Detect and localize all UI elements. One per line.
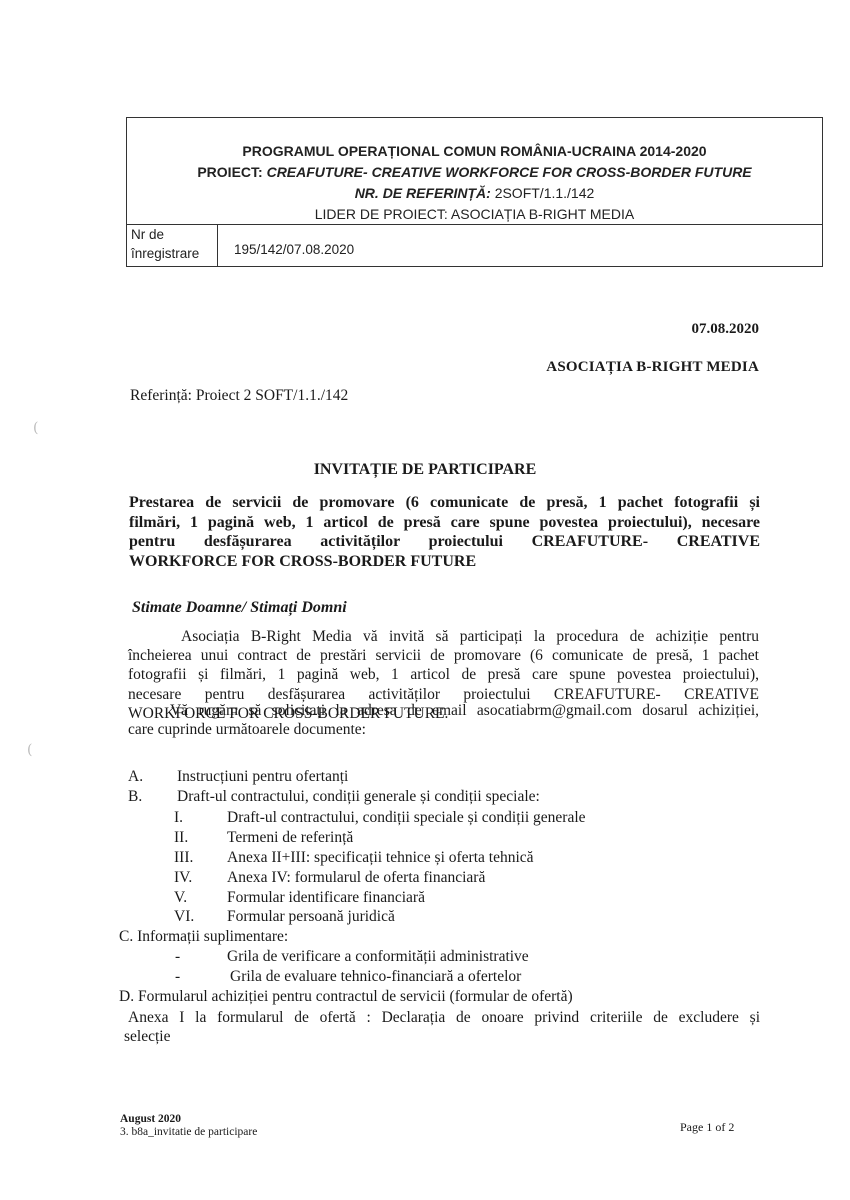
list-text: Formular identificare financiară [227, 888, 425, 907]
margin-mark: ( [33, 420, 38, 436]
paragraph-line: fotografii și filmări, 1 pagină web, 1 a… [128, 665, 759, 684]
annex-text: selecție [124, 1027, 760, 1046]
list-text: Termeni de referință [227, 828, 353, 847]
project-leader: LIDER DE PROIECT: ASOCIAȚIA B-RIGHT MEDI… [127, 205, 822, 223]
footer-left: August 2020 3. b8a_invitatie de particip… [120, 1113, 257, 1139]
reference-line: Referință: Proiect 2 SOFT/1.1./142 [130, 387, 348, 405]
list-label: V. [174, 888, 187, 907]
paragraph-line: încheierea unui contract de prestări ser… [128, 646, 759, 665]
list-label: B. [128, 787, 142, 806]
page-number: Page 1 of 2 [680, 1120, 734, 1135]
registration-number: 195/142/07.08.2020 [234, 242, 354, 257]
project-name: CREAFUTURE- CREATIVE WORKFORCE FOR CROSS… [267, 164, 752, 180]
subject-block: Prestarea de servicii de promovare (6 co… [129, 493, 760, 571]
subject-line: filmări, 1 pagină web, 1 articol de pres… [129, 513, 760, 533]
reference-number-line: NR. DE REFERINȚĂ: 2SOFT/1.1./142 [127, 184, 822, 202]
list-text: Anexa IV: formularul de oferta financiar… [227, 868, 485, 887]
registration-label-line2: înregistrare [131, 244, 217, 263]
subject-line: WORKFORCE FOR CROSS-BORDER FUTURE [129, 552, 760, 572]
footer-filename: 3. b8a_invitatie de participare [120, 1126, 257, 1139]
paragraph-line: Vă rugăm să solicitați la adresa de emai… [128, 701, 759, 720]
annex-line: Anexa I la formularul de ofertă : Declar… [124, 1008, 760, 1046]
list-text: Instrucțiuni pentru ofertanți [177, 767, 348, 786]
registration-label: Nr de înregistrare [127, 225, 218, 266]
list-label: VI. [174, 907, 194, 926]
list-label: IV. [174, 868, 192, 887]
reference-number: 2SOFT/1.1./142 [495, 185, 595, 201]
project-header-top: PROGRAMUL OPERAȚIONAL COMUN ROMÂNIA-UCRA… [127, 118, 822, 225]
list-text: Grila de verificare a conformității admi… [227, 947, 529, 966]
subject-line: pentru desfășurarea activităților proiec… [129, 532, 760, 552]
registration-row: Nr de înregistrare 195/142/07.08.2020 [127, 225, 822, 266]
annex-text: Anexa I la formularul de ofertă : Declar… [124, 1008, 760, 1027]
list-text: D. Formularul achiziției pentru contract… [119, 987, 573, 1006]
list-text: C. Informații suplimentare: [119, 927, 288, 946]
list-bullet: - [175, 947, 180, 966]
list-label: II. [174, 828, 188, 847]
list-label: A. [128, 767, 143, 786]
list-text: Formular persoană juridică [227, 907, 395, 926]
document-date: 07.08.2020 [692, 321, 760, 338]
registration-label-line1: Nr de [131, 225, 217, 244]
project-name-line: PROIECT: CREAFUTURE- CREATIVE WORKFORCE … [127, 163, 822, 181]
project-header-box: PROGRAMUL OPERAȚIONAL COMUN ROMÂNIA-UCRA… [126, 117, 823, 267]
list-text: Draft-ul contractului, condiții generale… [177, 787, 540, 806]
list-label: I. [174, 808, 183, 827]
paragraph-request: Vă rugăm să solicitați la adresa de emai… [128, 701, 759, 739]
organization-name: ASOCIAȚIA B-RIGHT MEDIA [546, 359, 759, 376]
document-title: INVITAȚIE DE PARTICIPARE [0, 461, 850, 479]
list-text: Grila de evaluare tehnico-financiară a o… [230, 967, 521, 986]
paragraph-line: Asociația B-Right Media vă invită să par… [128, 627, 759, 646]
subject-line: Prestarea de servicii de promovare (6 co… [129, 493, 760, 513]
reference-label: NR. DE REFERINȚĂ: [355, 185, 495, 201]
list-text: Anexa II+III: specificații tehnice și of… [227, 848, 534, 867]
list-label: III. [174, 848, 193, 867]
project-label: PROIECT: [197, 164, 266, 180]
program-title: PROGRAMUL OPERAȚIONAL COMUN ROMÂNIA-UCRA… [127, 142, 822, 160]
paragraph-line: care cuprinde următoarele documente: [128, 720, 759, 739]
list-bullet: - [175, 967, 180, 986]
list-text: Draft-ul contractului, condiții speciale… [227, 808, 586, 827]
margin-mark: ( [27, 742, 32, 758]
footer-date: August 2020 [120, 1113, 257, 1126]
salutation: Stimate Doamne/ Stimați Domni [132, 599, 347, 617]
